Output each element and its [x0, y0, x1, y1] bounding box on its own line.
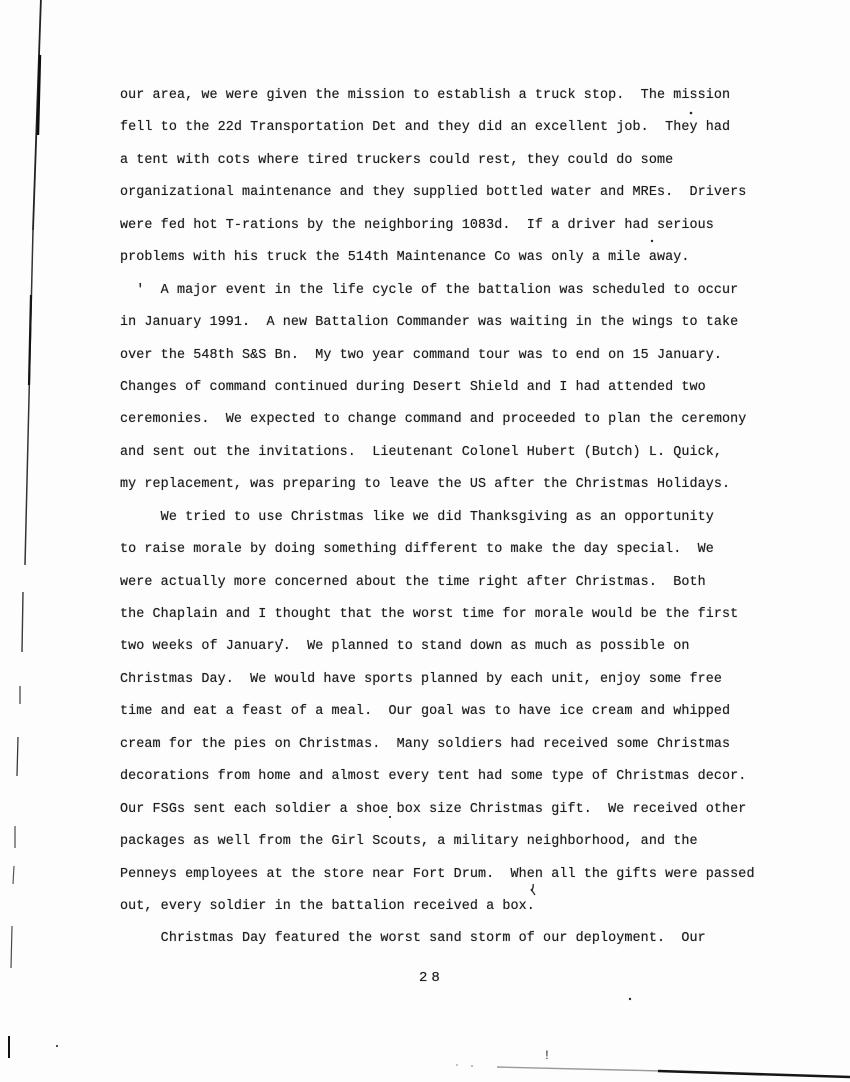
scanned-page: our area, we were given the mission to e… [0, 0, 850, 1082]
bottom-scan-streak [456, 1064, 850, 1077]
text-line: Christmas Day. We would have sports plan… [120, 664, 755, 696]
text-line: the Chaplain and I thought that the wors… [120, 599, 755, 631]
text-line: two weeks of January. We planned to stan… [120, 631, 755, 663]
text-line: We tried to use Christmas like we did Th… [120, 502, 755, 534]
text-line: were fed hot T-rations by the neighborin… [120, 210, 755, 242]
text-line: packages as well from the Girl Scouts, a… [120, 826, 755, 858]
text-line: out, every soldier in the battalion rece… [120, 891, 755, 923]
text-line: decorations from home and almost every t… [120, 761, 755, 793]
text-line: to raise morale by doing something diffe… [120, 534, 755, 566]
text-line: ' A major event in the life cycle of the… [120, 275, 755, 307]
text-line: problems with his truck the 514th Mainte… [120, 242, 755, 274]
text-line: and sent out the invitations. Lieutenant… [120, 437, 755, 469]
text-line: Our FSGs sent each soldier a shoe box si… [120, 794, 755, 826]
page-number: 28 [419, 970, 444, 986]
text-line: were actually more concerned about the t… [120, 567, 755, 599]
stray-exclamation-mark: ! [543, 1048, 551, 1063]
text-line: cream for the pies on Christmas. Many so… [120, 729, 755, 761]
text-line: Changes of command continued during Dese… [120, 372, 755, 404]
left-edge-scan-line [9, 0, 41, 1058]
text-line: time and eat a feast of a meal. Our goal… [120, 696, 755, 728]
text-line: organizational maintenance and they supp… [120, 177, 755, 209]
text-line: Christmas Day featured the worst sand st… [120, 923, 755, 955]
text-line: a tent with cots where tired truckers co… [120, 145, 755, 177]
text-line: over the 548th S&S Bn. My two year comma… [120, 340, 755, 372]
text-line: in January 1991. A new Battalion Command… [120, 307, 755, 339]
text-line: our area, we were given the mission to e… [120, 80, 755, 112]
text-line: fell to the 22d Transportation Det and t… [120, 112, 755, 144]
text-line: Penneys employees at the store near Fort… [120, 859, 755, 891]
text-line: my replacement, was preparing to leave t… [120, 469, 755, 501]
body-text: our area, we were given the mission to e… [120, 80, 755, 956]
text-line: ceremonies. We expected to change comman… [120, 404, 755, 436]
